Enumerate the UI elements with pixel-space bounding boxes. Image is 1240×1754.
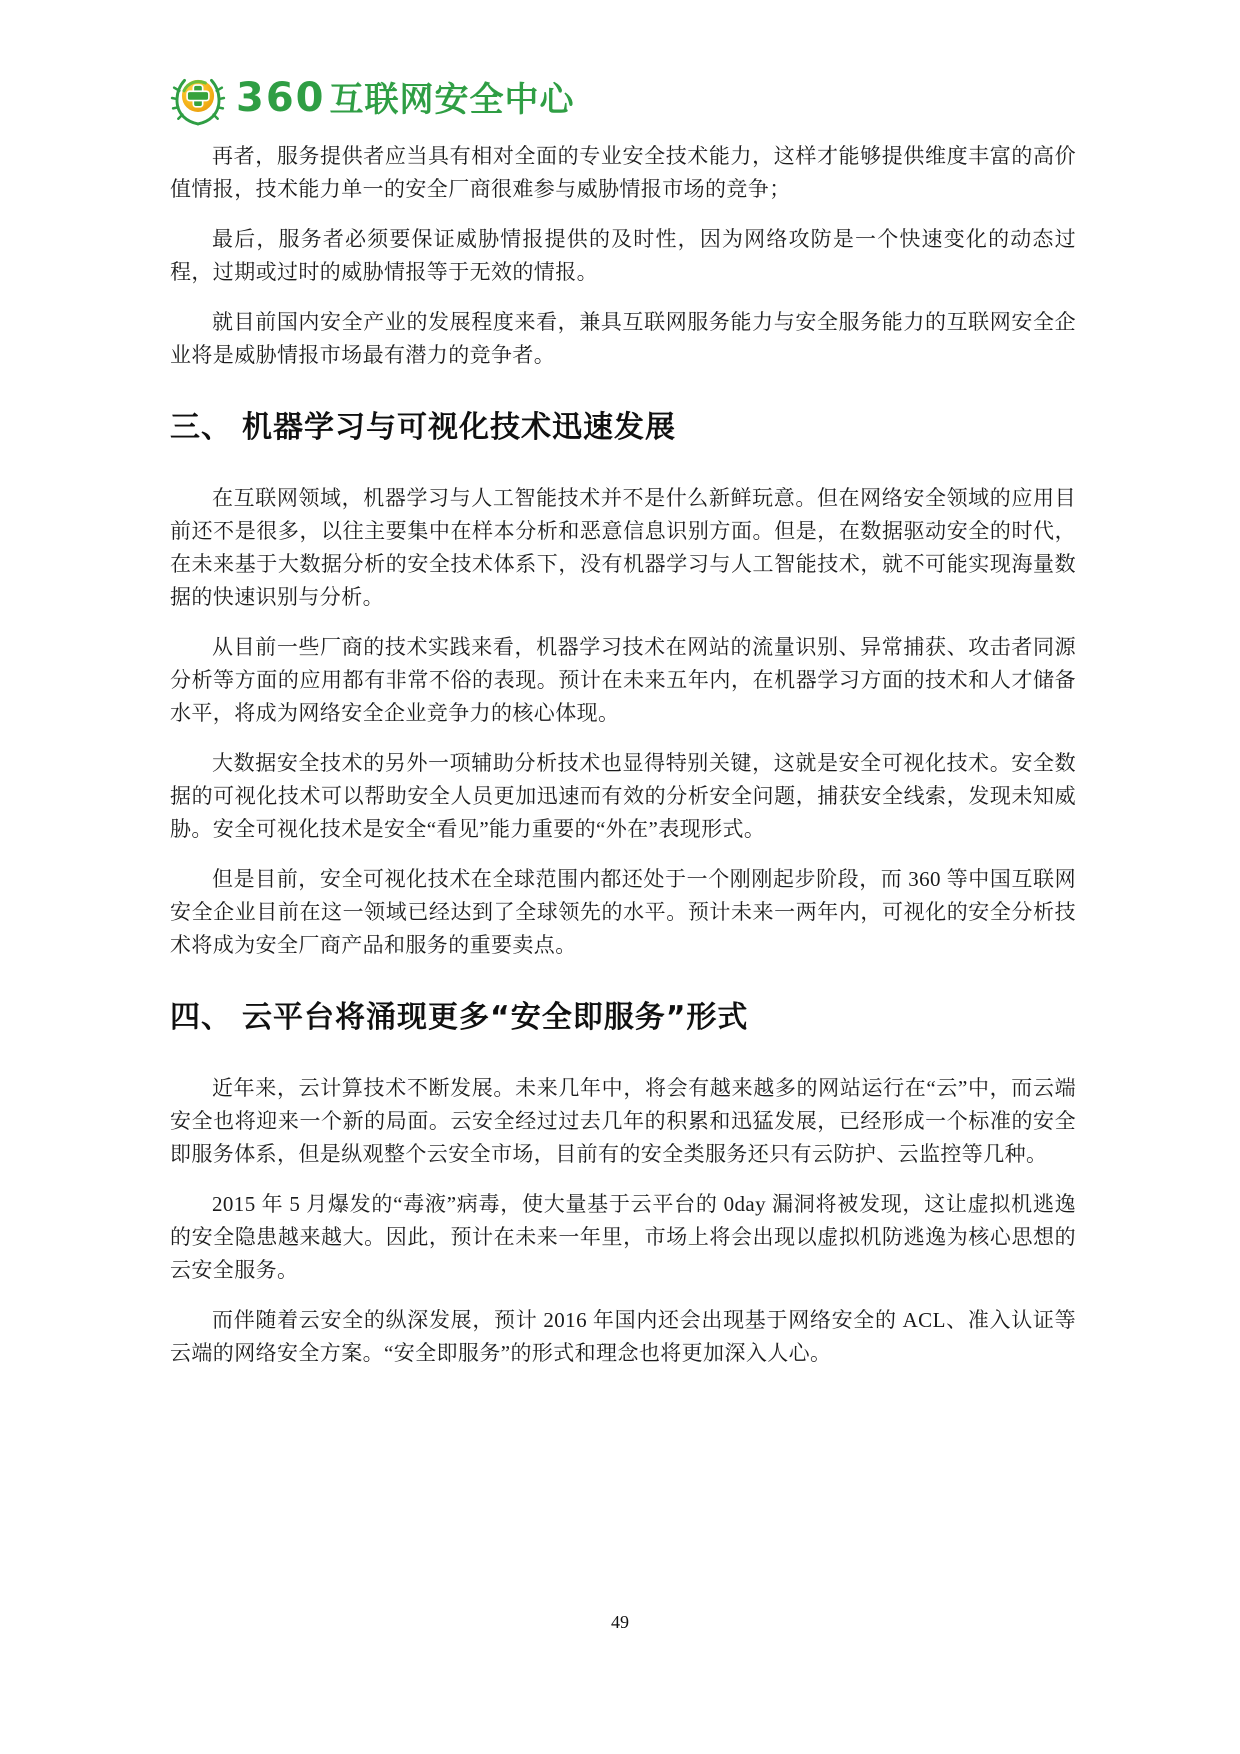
logo-cn-text: 互联网安全中心 — [330, 83, 575, 117]
paragraph: 近年来，云计算技术不断发展。未来几年中，将会有越来越多的网站运行在“云”中，而云… — [170, 1072, 1076, 1171]
logo-number: 360 — [236, 78, 326, 118]
360-security-wreath-icon — [170, 70, 226, 126]
paragraph: 2015 年 5 月爆发的“毒液”病毒，使大量基于云平台的 0day 漏洞将被发… — [170, 1188, 1076, 1287]
document-page: 360 互联网安全中心 再者，服务提供者应当具有相对全面的专业安全技术能力，这样… — [0, 0, 1240, 1754]
paragraph: 而伴随着云安全的纵深发展，预计 2016 年国内还会出现基于网络安全的 ACL、… — [170, 1304, 1076, 1370]
section-title: 机器学习与可视化技术迅速发展 — [242, 402, 676, 446]
paragraph: 但是目前，安全可视化技术在全球范围内都还处于一个刚刚起步阶段，而 360 等中国… — [170, 863, 1076, 962]
paragraph: 就目前国内安全产业的发展程度来看，兼具互联网服务能力与安全服务能力的互联网安全企… — [170, 306, 1076, 372]
paragraph: 在互联网领域，机器学习与人工智能技术并不是什么新鲜玩意。但在网络安全领域的应用目… — [170, 482, 1076, 614]
paragraph: 从目前一些厂商的技术实践来看，机器学习技术在网站的流量识别、异常捕获、攻击者同源… — [170, 631, 1076, 730]
page-number: 49 — [0, 1612, 1240, 1633]
logo-text: 360 互联网安全中心 — [236, 78, 575, 118]
paragraph: 最后，服务者必须要保证威胁情报提供的及时性，因为网络攻防是一个快速变化的动态过程… — [170, 223, 1076, 289]
section-number: 四、 — [170, 992, 242, 1036]
section-title: 云平台将涌现更多“安全即服务”形式 — [242, 992, 748, 1036]
paragraph: 再者，服务提供者应当具有相对全面的专业安全技术能力，这样才能够提供维度丰富的高价… — [170, 140, 1076, 206]
brand-logo: 360 互联网安全中心 — [170, 70, 1076, 126]
section-heading-3: 三、 机器学习与可视化技术迅速发展 — [170, 402, 1076, 446]
paragraph: 大数据安全技术的另外一项辅助分析技术也显得特别关键，这就是安全可视化技术。安全数… — [170, 747, 1076, 846]
section-heading-4: 四、 云平台将涌现更多“安全即服务”形式 — [170, 992, 1076, 1036]
section-number: 三、 — [170, 402, 242, 446]
